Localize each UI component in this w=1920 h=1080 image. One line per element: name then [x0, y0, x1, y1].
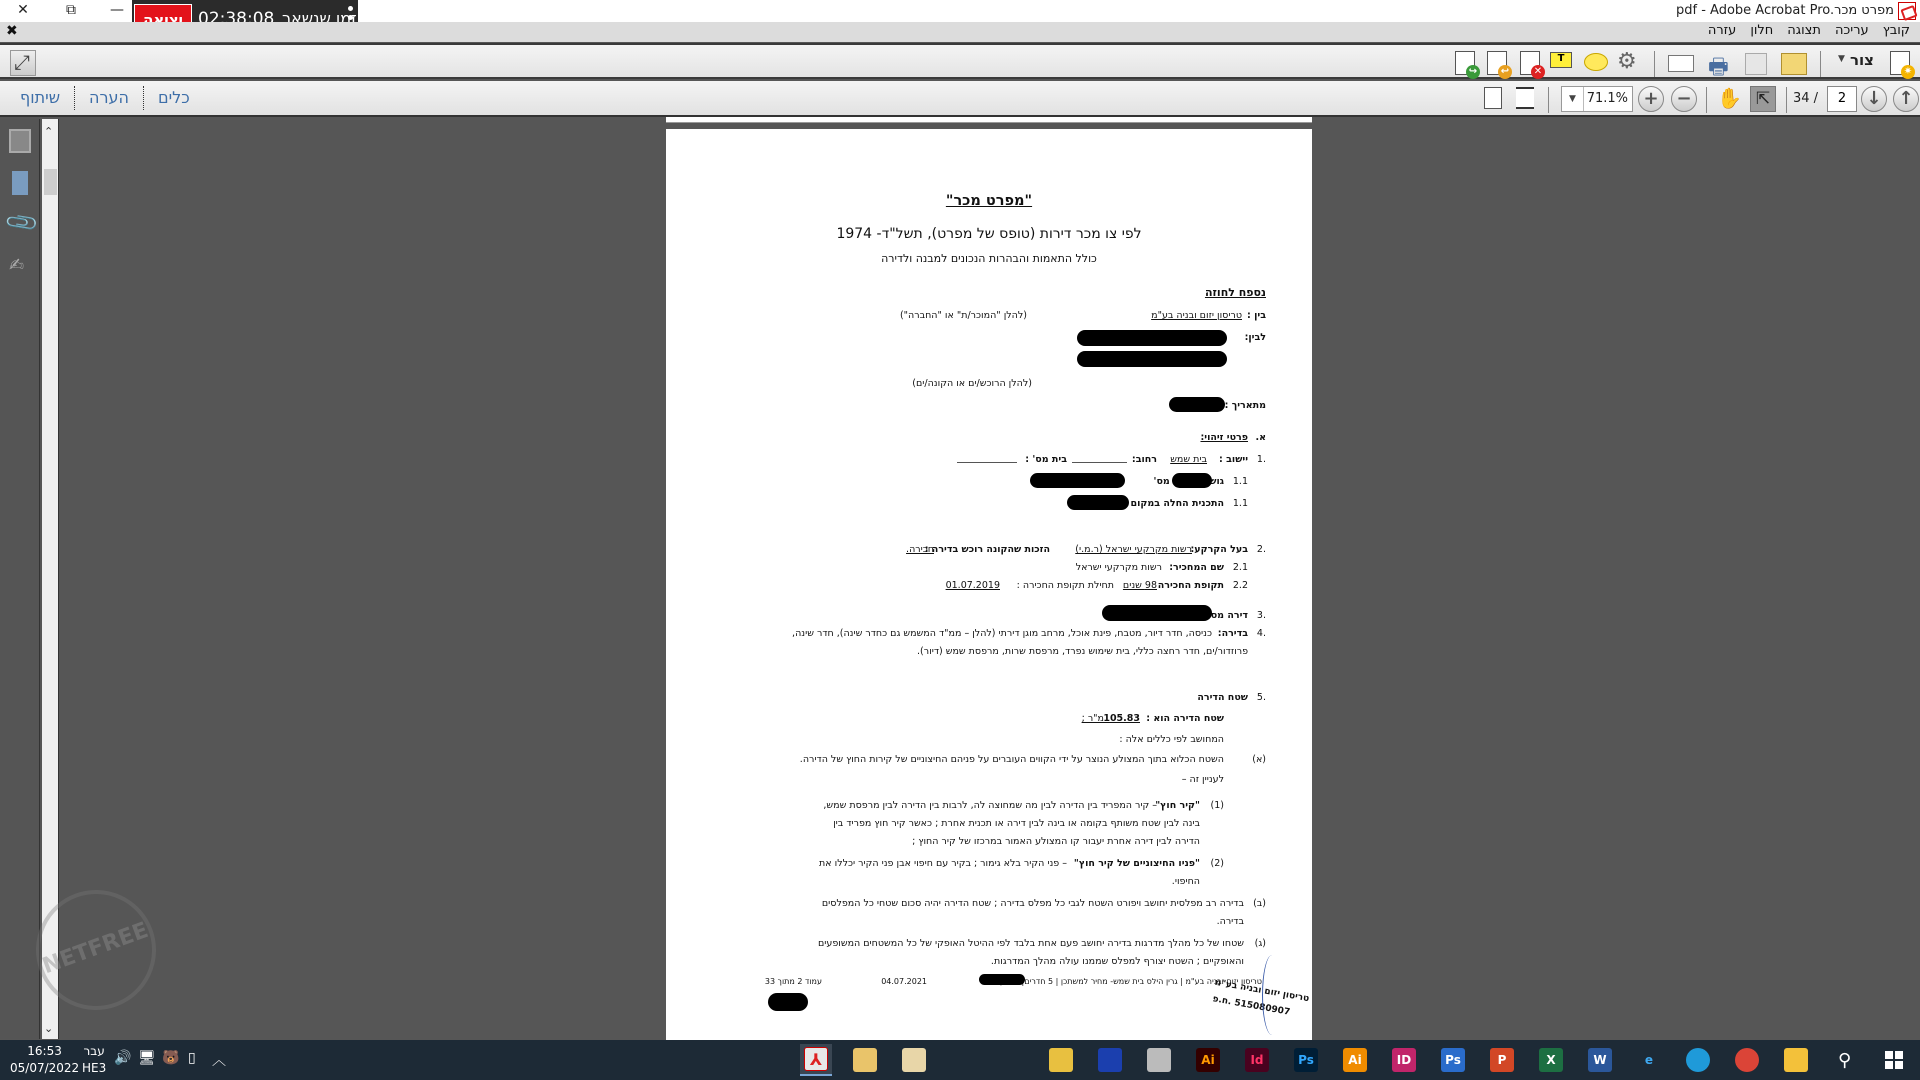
- close-doc-icon[interactable]: ✖: [6, 23, 18, 39]
- create-button[interactable]: צור: [1850, 51, 1874, 69]
- between-label: בין :: [1247, 309, 1266, 323]
- b-line1: בדירה רב מפלסית יחושב ויפורט השטח לגבי כ…: [822, 897, 1244, 911]
- redaction: [1077, 351, 1227, 367]
- show-hidden-icons-icon[interactable]: ︿: [212, 1050, 226, 1070]
- item3-label: דירה מס': [1208, 609, 1248, 623]
- zoom-out-button[interactable]: −: [1671, 86, 1697, 112]
- taskbar-app-excel[interactable]: X: [1535, 1044, 1567, 1076]
- menu-view[interactable]: תצוגה: [1787, 23, 1821, 38]
- network-icon[interactable]: 🖥: [138, 1050, 156, 1066]
- item5-title: שטח הדירה: [1197, 691, 1248, 705]
- redaction: [1030, 473, 1125, 488]
- fit-page-icon[interactable]: [1484, 87, 1502, 109]
- item22-start-value: 01.07.2019: [946, 579, 1000, 593]
- tab-comment[interactable]: הערה: [75, 86, 144, 110]
- taskbar-app-photoshop[interactable]: Ps: [1290, 1044, 1322, 1076]
- a-marker: (א): [1252, 753, 1266, 767]
- volume-icon[interactable]: 🔊: [114, 1050, 131, 1066]
- b-marker: (ב): [1253, 897, 1266, 911]
- item22-start-label: תחילת תקופת החכירה :: [1017, 579, 1114, 593]
- tab-tools[interactable]: כלים: [144, 86, 204, 110]
- item3-num: .3: [1257, 609, 1266, 623]
- menu-window[interactable]: חלון: [1750, 23, 1773, 38]
- item5-num: .5: [1257, 691, 1266, 705]
- scrollbar-thumb[interactable]: [44, 169, 57, 195]
- previous-page-edge: [666, 117, 1312, 123]
- taskbar-app-internet-explorer[interactable]: e: [1633, 1044, 1665, 1076]
- taskbar-app-indesign[interactable]: Id: [1241, 1044, 1273, 1076]
- taskbar-app-edge[interactable]: [1682, 1044, 1714, 1076]
- redaction: [768, 993, 808, 1011]
- language-indicator[interactable]: עבר HE3: [82, 1043, 106, 1077]
- redaction: [1067, 495, 1129, 510]
- a2-marker: (2): [1211, 857, 1224, 871]
- a-text: השטח הכלוא בתוך המצולע הנוצר על ידי הקוו…: [800, 753, 1224, 767]
- a2-term: "פניו החיצוניים של קיר חוץ": [1074, 857, 1200, 871]
- redaction: [1077, 330, 1227, 346]
- taskbar-app-audio-app[interactable]: [1094, 1044, 1126, 1076]
- taskbar-app-chrome[interactable]: [1731, 1044, 1763, 1076]
- item4-line2: פרוזדור/ים, חדר רחצה כללי, בית שימוש נפר…: [917, 645, 1248, 659]
- item4-line1: כניסה, חדר דיור, מטבח, פינת אוכל, מרחב מ…: [792, 627, 1212, 641]
- item2-rights-value: חכירה.: [906, 543, 934, 557]
- c-marker: (ג): [1255, 937, 1266, 951]
- date-label: מתאריך :: [1225, 399, 1266, 413]
- reject-doc-icon[interactable]: ✕: [1520, 51, 1540, 75]
- item21-value: רשות מקרקעי ישראל: [1076, 561, 1162, 575]
- clock-date: 05/07/2022: [10, 1060, 79, 1077]
- open-folder-icon[interactable]: [1781, 53, 1807, 75]
- item4-num: .4: [1257, 627, 1266, 641]
- area-label: שטח הדירה הוא :: [1146, 712, 1224, 726]
- buyer-note: (להלן הרוכש/ים או הקונה/ים): [912, 377, 1032, 391]
- signature-icon[interactable]: ✍: [9, 255, 31, 279]
- appendix-heading: נספח לחוזה: [1205, 286, 1266, 300]
- create-pdf-icon[interactable]: ✷: [1890, 51, 1910, 75]
- window-title: pdf - Adobe Acrobat Pro.מפרט מכר: [1676, 3, 1894, 18]
- indesign-2-icon: ID: [1392, 1048, 1416, 1072]
- chrome-icon: [1735, 1048, 1759, 1072]
- item11a-num: 1.1: [1233, 475, 1248, 489]
- print-icon[interactable]: 🖶: [1708, 50, 1734, 76]
- taskbar-app-illustrator[interactable]: Ai: [1192, 1044, 1224, 1076]
- powerpoint-icon: P: [1490, 1048, 1514, 1072]
- a1-line2: בינה לבין שטח משותף בקומה או בינה לבין ד…: [833, 817, 1200, 831]
- and-label: לבין:: [1245, 331, 1266, 345]
- b-line2: בדירה.: [1217, 915, 1244, 929]
- item1-house-label: בית מס' :: [1025, 453, 1067, 467]
- create-dropdown-icon[interactable]: ▼: [1838, 54, 1845, 64]
- doc-title: "מפרט מכר": [666, 193, 1312, 209]
- search-app-icon: [1000, 1048, 1024, 1072]
- highlight-text-icon[interactable]: T: [1550, 52, 1572, 68]
- comment-bubble-icon[interactable]: [1584, 53, 1608, 71]
- pages-icon[interactable]: [9, 129, 31, 153]
- a2-line2: החיפוי.: [1172, 875, 1200, 889]
- redaction: [979, 974, 1025, 985]
- seller-name: טריסון יזום ובניה בע"מ: [1151, 309, 1242, 323]
- menu-file[interactable]: קובץ: [1883, 23, 1910, 38]
- page-total: 34 /: [1793, 91, 1818, 106]
- taskbar-app-calculator-app[interactable]: [849, 1044, 881, 1076]
- scroll-up-icon[interactable]: ⌃: [44, 125, 53, 138]
- item2-rights-label: הזכות שהקונה רוכש בדירה :: [925, 543, 1050, 557]
- search-icon[interactable]: ⚲: [1838, 1050, 1851, 1071]
- taskbar-app-powerpoint[interactable]: P: [1486, 1044, 1518, 1076]
- footer-page-count: עמוד 2 מתוך 33: [765, 975, 822, 989]
- item1-num: .1: [1257, 453, 1266, 467]
- photoshop-icon: Ps: [1294, 1048, 1318, 1072]
- save-icon[interactable]: [1745, 53, 1767, 75]
- redaction: [1169, 397, 1225, 412]
- main-toolbar: ↪ ↩ ✕ T ⚙ 🖶 ▼ צור ✷: [0, 43, 1920, 79]
- start-windows-icon[interactable]: [1885, 1051, 1903, 1069]
- menu-bar: ✖ קובץ עריכה תצוגה חלון עזרה: [0, 22, 1920, 42]
- acrobat-icon: ⅄: [804, 1047, 828, 1071]
- taskbar: 16:53 05/07/2022 עבר HE3 🔊 🖥 🐻 ▯ ︿ ⅄AiId…: [0, 1040, 1920, 1080]
- item4-label: בדירה:: [1218, 627, 1248, 641]
- next-page-button[interactable]: ↓: [1861, 86, 1887, 112]
- house-blank: [957, 453, 1017, 463]
- tab-share[interactable]: שיתוף: [6, 86, 75, 110]
- nav-toolbar: שיתוף הערה כלים ▼ 71.1% + − ✋ ⇱ 34 / 2 ↓…: [0, 81, 1920, 117]
- netfree-tray-icon[interactable]: 🐻: [162, 1050, 179, 1066]
- language-label: עבר: [82, 1043, 106, 1060]
- hand-tool-icon[interactable]: ✋: [1717, 86, 1742, 110]
- taskbar-app-disc-app[interactable]: [1045, 1044, 1077, 1076]
- item22-num: 2.2: [1233, 579, 1248, 593]
- fit-width-icon[interactable]: [1516, 87, 1534, 109]
- usb-icon[interactable]: ▯: [188, 1050, 196, 1066]
- clock-time: 16:53: [10, 1043, 79, 1060]
- signature: [1262, 955, 1282, 1035]
- disc-app-icon: [1049, 1048, 1073, 1072]
- item22-label: תקופת החכירה: [1158, 579, 1224, 593]
- photoshop-2-icon: Ps: [1441, 1048, 1465, 1072]
- keyboard-label: HE3: [82, 1060, 106, 1077]
- media-app-icon: [1147, 1048, 1171, 1072]
- calc-note: המחושב לפי כללים אלה :: [1119, 733, 1224, 747]
- item1-settlement-label: יישוב :: [1219, 453, 1248, 467]
- taskbar-app-media-app[interactable]: [1143, 1044, 1175, 1076]
- section-a-title: פרטי זיהוי:: [1200, 431, 1248, 445]
- settings-gear-icon[interactable]: ⚙: [1617, 49, 1643, 75]
- redaction: [1102, 605, 1212, 621]
- bookmark-icon[interactable]: [12, 171, 28, 195]
- a1-marker: (1): [1211, 799, 1224, 813]
- email-icon[interactable]: [1668, 55, 1694, 72]
- taskbar-app-file-explorer[interactable]: [1780, 1044, 1812, 1076]
- a1-term: "קיר חוץ": [1155, 799, 1200, 813]
- item1-settlement-value: בית שמש: [1170, 453, 1207, 467]
- zoom-field[interactable]: ▼ 71.1%: [1561, 86, 1633, 112]
- doc-subtitle-2: כולל התאמות והבהרות הנכונים למבנה ולדירה: [666, 252, 1312, 265]
- acrobat-logo-icon: [1898, 2, 1916, 20]
- pen-app-icon: [951, 1048, 975, 1072]
- audio-app-icon: [1098, 1048, 1122, 1072]
- viewer-app-icon: [902, 1048, 926, 1072]
- a1-line1: – קיר המפריד בין הדירה לבין מה שמחוצה לה…: [823, 799, 1157, 813]
- item11b-num: 1.1: [1233, 497, 1248, 511]
- redaction: [1172, 473, 1212, 488]
- taskbar-app-pen-app[interactable]: [947, 1044, 979, 1076]
- tray-clock[interactable]: 16:53 05/07/2022: [10, 1043, 79, 1077]
- left-nav-panel: 📎 ✍: [0, 119, 40, 1039]
- zoom-in-button[interactable]: +: [1638, 86, 1664, 112]
- export-doc-icon[interactable]: ↪: [1455, 51, 1475, 75]
- pdf-page: "מפרט מכר" לפי צו מכר דירות (טופס של מפר…: [666, 129, 1312, 1041]
- indesign-icon: Id: [1245, 1048, 1269, 1072]
- area-value: 105.83: [1103, 712, 1140, 726]
- vertical-scrollbar[interactable]: ⌃ ⌄: [42, 119, 59, 1039]
- taskbar-app-word[interactable]: W: [1584, 1044, 1616, 1076]
- illustrator-2-icon: Ai: [1343, 1048, 1367, 1072]
- edge-icon: [1686, 1048, 1710, 1072]
- file-explorer-icon: [1784, 1048, 1808, 1072]
- item11b-text: התכנית החלה במקום: [1131, 497, 1224, 511]
- item21-label: שם המחכיר:: [1169, 561, 1224, 575]
- calculator-app-icon: [853, 1048, 877, 1072]
- zoom-value[interactable]: 71.1%: [1587, 91, 1628, 106]
- area-unit: מ"ר ;: [1082, 712, 1104, 726]
- close-window-button[interactable]: ✕: [0, 0, 46, 22]
- item21-num: 2.1: [1233, 561, 1248, 575]
- attachment-icon[interactable]: 📎: [4, 209, 36, 242]
- taskbar-app-acrobat[interactable]: ⅄: [800, 1044, 832, 1076]
- taskbar-app-photoshop-2[interactable]: Ps: [1437, 1044, 1469, 1076]
- restore-window-button[interactable]: ⧉: [48, 0, 94, 22]
- taskbar-app-indesign-2[interactable]: ID: [1388, 1044, 1420, 1076]
- c-line2: והאופקיים ; השטח יצורף למפלס שממנו עולה …: [991, 955, 1244, 969]
- section-a-num: א.: [1255, 431, 1266, 445]
- page-number-input[interactable]: 2: [1827, 86, 1857, 112]
- item2-owner: רשות מקרקעי ישראל (ר.מ.י): [1075, 543, 1192, 557]
- a-sub: לעניין זה –: [1182, 773, 1224, 787]
- internet-explorer-icon: e: [1637, 1048, 1661, 1072]
- taskbar-app-viewer-app[interactable]: [898, 1044, 930, 1076]
- taskbar-app-illustrator-2[interactable]: Ai: [1339, 1044, 1371, 1076]
- c-line1: שטחו של כל מהלך מדרגות בדירה יחושב פעם א…: [818, 937, 1244, 951]
- menu-help[interactable]: עזרה: [1708, 23, 1736, 38]
- excel-icon: X: [1539, 1048, 1563, 1072]
- word-icon: W: [1588, 1048, 1612, 1072]
- street-blank: [1072, 453, 1127, 463]
- illustrator-icon: Ai: [1196, 1048, 1220, 1072]
- scroll-down-icon[interactable]: ⌄: [44, 1022, 53, 1035]
- item22-years: 98 שנים: [1123, 579, 1157, 593]
- seller-note: (להלן "המוכר/ת" או "החברה"): [900, 309, 1027, 323]
- a1-line3: הדירה לבין דירה אחרת יעבור קו המצולע האמ…: [912, 835, 1200, 849]
- menu-edit[interactable]: עריכה: [1835, 23, 1869, 38]
- footer-date: 04.07.2021: [881, 975, 927, 989]
- item1-street-label: רחוב:: [1132, 453, 1157, 467]
- item2-label: בעל הקרקע:: [1190, 543, 1248, 557]
- previous-page-button[interactable]: ↑: [1893, 86, 1919, 112]
- zoom-dropdown-icon[interactable]: ▼: [1562, 87, 1584, 111]
- select-tool-icon[interactable]: ⇱: [1750, 86, 1776, 112]
- taskbar-app-search-app[interactable]: [996, 1044, 1028, 1076]
- a2-line1: – פני הקיר בלא גימור ; בקיר עם חיפוי אבן…: [819, 857, 1067, 871]
- fullscreen-icon[interactable]: [10, 50, 36, 76]
- item2-num: .2: [1257, 543, 1266, 557]
- doc-subtitle: לפי צו מכר דירות (טופס של מפרט), תשל"ד- …: [666, 226, 1312, 242]
- forward-doc-icon[interactable]: ↩: [1487, 51, 1507, 75]
